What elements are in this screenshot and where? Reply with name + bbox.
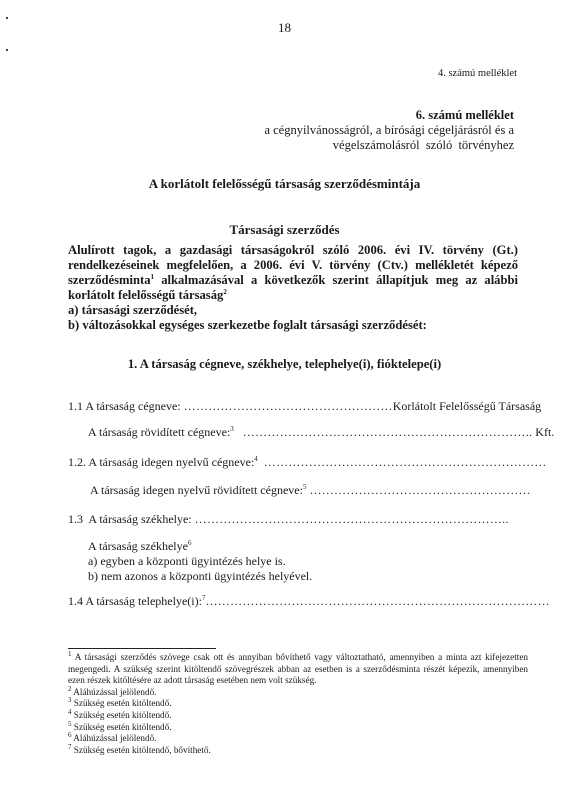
fill-dots[interactable]: ……………………………………………… [309,483,530,497]
footnote-text: Szükség esetén kitöltendő. [74,722,172,732]
footnote-divider [68,648,216,649]
footnote-item: 5 Szükség esetén kitöltendő. [68,722,528,734]
document-title: A korlátolt felelősségű társaság szerződ… [0,176,569,192]
field-label: 1.3 A társaság székhelye: [68,512,192,526]
footnote-ref[interactable]: 3 [230,425,234,433]
footnote-ref[interactable]: 2 [223,288,227,296]
footnotes: 1 A társasági szerződés szövege csak ott… [68,652,528,756]
annex-line: a cégnyilvánosságról, a bírósági cégeljá… [264,123,514,138]
intro-line: korlátolt felelősségű társaság2 [68,288,518,303]
field-label: 1.1 A társaság cégneve: [68,399,181,413]
document-subtitle: Társasági szerződés [0,222,569,238]
intro-text: korlátolt felelősségű társaság [68,288,223,302]
seat-option-a[interactable]: a) egyben a központi ügyintézés helye is… [88,554,312,569]
footnote-text: Aláhúzással jelölendő. [73,733,156,743]
field-foreign-name[interactable]: 1.2. A társaság idegen nyelvű cégneve:4 … [68,455,547,470]
footnote-item: 4 Szükség esetén kitöltendő. [68,710,528,722]
intro-option-a: a) társasági szerződését, [68,303,518,318]
footnote-number: 7 [68,743,72,751]
intro-line: szerződésminta1 alkalmazásával a követke… [68,273,518,288]
field-short-name[interactable]: A társaság rövidített cégneve:3 ……………………… [88,425,554,440]
fill-dots[interactable]: …………………………………………………………… [264,455,547,469]
field-company-name[interactable]: 1.1 A társaság cégneve: …………………………………………… [68,399,541,414]
fill-dots[interactable]: ………………………………………………………………….. [195,512,509,526]
footnote-text: Aláhúzással jelölendő. [73,687,156,697]
footnote-number: 1 [68,650,72,658]
field-label: 1.4 A társaság telephelye(i): [68,594,202,608]
footnote-number: 4 [68,708,72,716]
field-label: A társaság rövidített cégneve: [88,425,230,439]
field-label: A társaság idegen nyelvű rövidített cégn… [90,483,303,497]
footnote-ref[interactable]: 6 [188,539,192,547]
footnote-text: Szükség esetén kitöltendő. [74,698,172,708]
footnote-item: 2 Aláhúzással jelölendő. [68,687,528,699]
field-sites[interactable]: 1.4 A társaság telephelye(i):7…………………………… [68,594,550,609]
section-heading: 1. A társaság cégneve, székhelye, teleph… [0,357,569,372]
footnote-item: 6 Aláhúzással jelölendő. [68,733,528,745]
intro-text: szerződésminta [68,273,151,287]
fill-dots[interactable]: …………………………………………………………….. [243,425,533,439]
seat-options: A társaság székhelye6 a) egyben a közpon… [88,539,312,584]
intro-option-b: b) változásokkal egységes szerkezetbe fo… [68,318,518,333]
annex-line: végelszámolásról szóló törvényhez [264,138,514,153]
fill-dots[interactable]: …………………………………………… [184,399,393,413]
footnote-text: A társasági szerződés szövege csak ott é… [68,652,528,685]
field-label: 1.2. A társaság idegen nyelvű cégneve: [68,455,254,469]
intro-paragraph: Alulírott tagok, a gazdasági társaságokr… [68,243,518,333]
seat-option-b[interactable]: b) nem azonos a központi ügyintézés hely… [88,569,312,584]
footnote-text: Szükség esetén kitöltendő. [74,710,172,720]
footnote-number: 3 [68,696,72,704]
scan-artifact [6,17,8,19]
intro-line: Alulírott tagok, a gazdasági társaságokr… [68,243,518,258]
footnote-number: 5 [68,720,72,728]
footnote-ref[interactable]: 4 [254,455,258,463]
seat-label-text: A társaság székhelye [88,539,188,553]
fill-dots[interactable]: ………………………………………………………………………… [205,594,549,608]
footnote-item: 7 Szükség esetén kitöltendő, bővíthető. [68,745,528,757]
page-number: 18 [0,20,569,36]
annex-heading: 6. számú melléklet [264,108,514,123]
scan-artifact [6,49,8,51]
seat-label: A társaság székhelye6 [88,539,312,554]
footnote-text: Szükség esetén kitöltendő, bővíthető. [74,745,211,755]
field-value: Kft. [532,425,554,439]
intro-text: alkalmazásával a következők szerint álla… [154,273,518,287]
field-seat[interactable]: 1.3 A társaság székhelye: ……………………………………… [68,512,509,527]
field-foreign-short-name[interactable]: A társaság idegen nyelvű rövidített cégn… [90,483,531,498]
footnote-ref[interactable]: 5 [303,483,307,491]
annex-label: 4. számú melléklet [438,68,517,79]
field-value: Korlátolt Felelősségű Társaság [393,399,541,413]
footnote-number: 2 [68,685,72,693]
footnote-item: 3 Szükség esetén kitöltendő. [68,698,528,710]
annex-block: 6. számú melléklet a cégnyilvánosságról,… [264,108,514,153]
intro-line: rendelkezéseinek megfelelően, a 2006. év… [68,258,518,273]
footnote-item: 1 A társasági szerződés szövege csak ott… [68,652,528,687]
footnote-number: 6 [68,731,72,739]
